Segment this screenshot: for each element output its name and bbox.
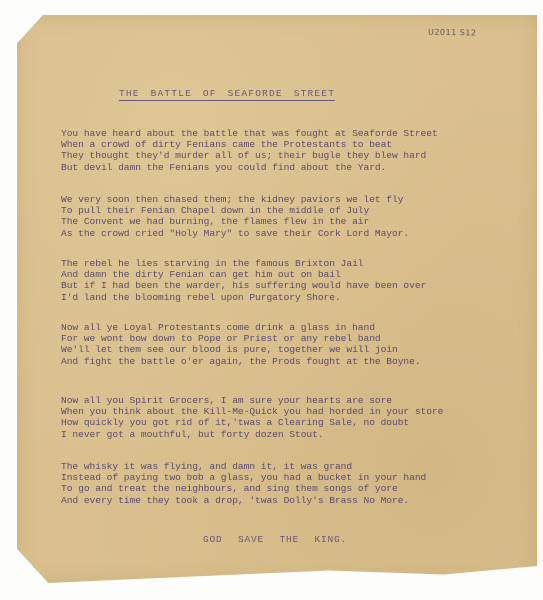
verse-line: And fight the battle o'er again, the Pro… [61,356,421,367]
verse-line: They thought they'd murder all of us; th… [61,150,438,161]
verse-line: When you think about the Kill-Me-Quick y… [61,406,443,417]
stanza-3: The rebel he lies starving in the famous… [61,258,426,303]
verse-line: As the crowd cried "Holy Mary" to save t… [61,228,409,239]
verse-line: We'll let them see our blood is pure, to… [61,344,421,355]
closing-line: GOD SAVE THE KING. [203,534,347,545]
document-title: THE BATTLE OF SEAFORDE STREET [119,88,335,101]
verse-line: And every time they took a drop, 'twas D… [61,495,426,506]
verse-line: Instead of paying two bob a glass, you h… [61,472,426,483]
verse-line: For we wont bow down to Pope or Priest o… [61,333,421,344]
stanza-2: We very soon then chased them; the kidne… [61,194,409,239]
stanza-4: Now all ye Loyal Protestants come drink … [61,322,421,367]
catalog-reference: U2011 S12 [428,28,477,38]
verse-line: The whisky it was flying, and damn it, i… [61,461,426,472]
verse-line: You have heard about the battle that was… [61,128,438,139]
verse-line: Now all ye Loyal Protestants come drink … [61,322,421,333]
verse-line: When a crowd of dirty Fenians came the P… [61,139,438,150]
stanza-1: You have heard about the battle that was… [61,128,438,173]
verse-line: How quickly you got rid of it,'twas a Cl… [61,417,443,428]
verse-line: Now all you Spirit Grocers, I am sure yo… [61,395,443,406]
verse-line: We very soon then chased them; the kidne… [61,194,409,205]
verse-line: And damn the dirty Fenian can get him ou… [61,269,426,280]
verse-line: To go and treat the neighbours, and sing… [61,483,426,494]
verse-line: But if I had been the warder, his suffer… [61,280,426,291]
verse-line: But devil damn the Fenians you could fin… [61,162,438,173]
verse-line: The rebel he lies starving in the famous… [61,258,426,269]
verse-line: To pull their Fenian Chapel down in the … [61,205,409,216]
verse-line: I never got a mouthful, but forty dozen … [61,429,443,440]
verse-line: The Convent we had burning, the flames f… [61,216,409,227]
stanza-5: Now all you Spirit Grocers, I am sure yo… [61,395,443,440]
stanza-6: The whisky it was flying, and damn it, i… [61,461,426,506]
verse-line: I'd land the blooming rebel upon Purgato… [61,292,426,303]
